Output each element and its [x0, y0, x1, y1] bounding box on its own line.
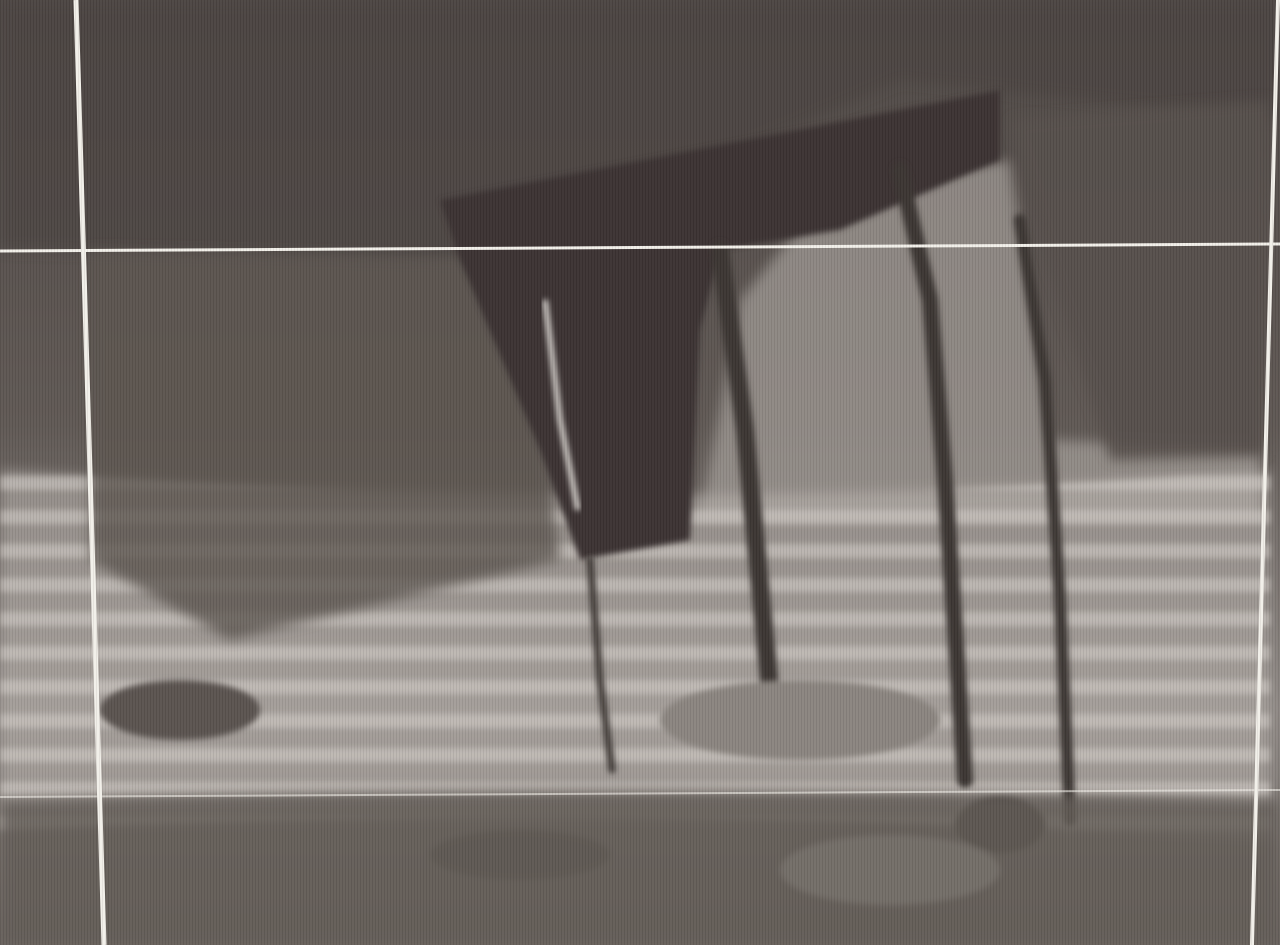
photo-scene	[0, 0, 1280, 945]
grayscale-photograph	[0, 0, 1280, 945]
